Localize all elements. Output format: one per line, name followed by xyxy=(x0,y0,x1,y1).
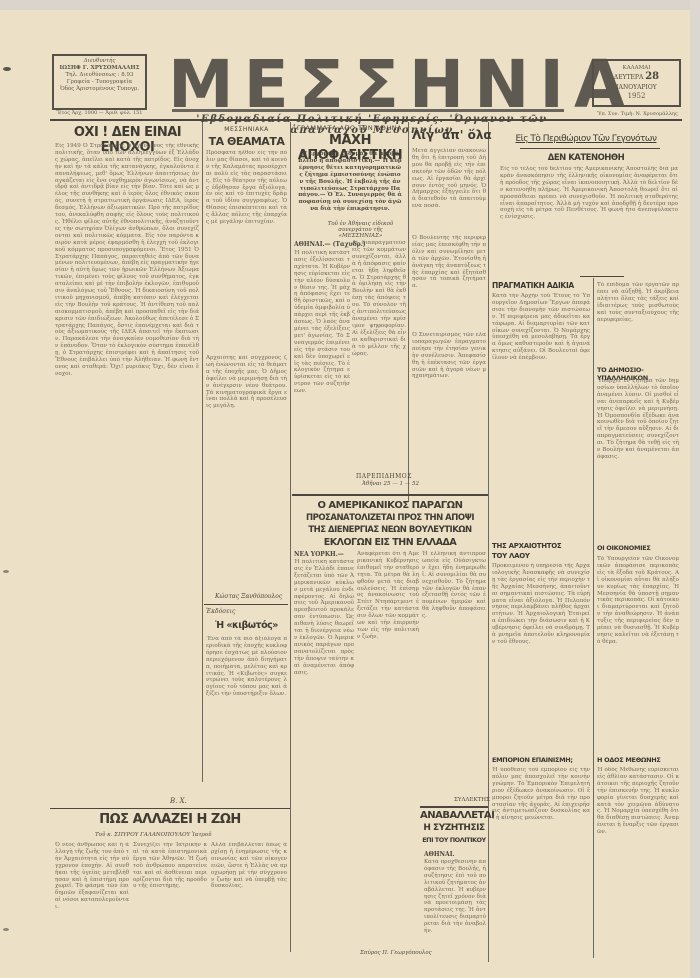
section-rule xyxy=(204,604,288,605)
amerikanikos-dateline: ΝΕΑ ΥΟΡΚΗ.— xyxy=(294,551,344,558)
anavaletai-dateline: ΑΘΗΝΑΙ. xyxy=(424,851,455,858)
masthead-bottom-rule xyxy=(50,119,682,121)
maxi-kicker: ΓΡΑΜΜΑΤΑ ΑΠΟ ΤΗΝ ΑΘΗΝΑ xyxy=(292,124,407,132)
lig-apola-body-3: Ὁ Συνεταιρισμὸς τῶν ἐλαιοπαραγωγῶν ἐπραγ… xyxy=(412,332,486,452)
masthead-title: ΜΕΣΣΗΝΙΑ xyxy=(168,54,568,116)
director-label: Διευθυντής xyxy=(56,58,143,65)
messiniaka-signature: Κώστας Ξανθόπουλος xyxy=(215,593,282,600)
amerikanikos-body-2: Ἀναφέρεται ὅτι ἡ Ἀμερικανικὴ Κυβέρνησις … xyxy=(357,551,419,949)
pragmatiki-body-2: Τὸ ἐπίδομα τῶν ἐργατῶν πρέπει νὰ αὐξηθῇ.… xyxy=(597,282,679,362)
newspaper-page: Διευθυντής ΙΩΣΗΦ Γ. ΧΡΥΣΟΜΑΛΛΗΣ Τηλ. Διε… xyxy=(0,10,690,978)
binding-hole xyxy=(3,928,9,931)
periorismon-body: Εἰς τὸ τέλος τοῦ δελτίου τῆς Ἀμερικανικῆ… xyxy=(500,166,678,271)
maxi-sig-date: Ἀθῆναι 25 — 1 — 52 xyxy=(362,481,419,487)
kivotos-body: Ἕνα ἀπὸ τὰ πιὸ ἀξιόλογα περιοδικὰ τῆς ἐπ… xyxy=(206,636,287,801)
ekdoseis-kicker: Ἐκδόσεις xyxy=(206,608,235,615)
messiniaka-kicker: ΜΕΣΣΗΝΙΑΚΑ xyxy=(204,126,289,133)
maxi-lead: Ἡ ἐρχομένη ἑβδομὰς θὰ ἀποβῇ πλέον ἡ ἀποφ… xyxy=(298,151,402,213)
director-address-2: Ὁδὸς Ἀριστομένους Τυπογρ. xyxy=(56,86,143,93)
amerikanikos-signature: Σπύρος Π. Γεωργόπουλος xyxy=(360,950,432,956)
maxi-source: Τοῦ ἐν Ἀθήναις εἰδικοῦ συνεργάτου τῆς «Μ… xyxy=(318,221,403,239)
headline-anavaletai-2: Η ΣΥΖΗΤΗΣΙΣ xyxy=(420,823,488,833)
headline-arxaiotitos-2: ΤΟΥ ΛΑΟΥ xyxy=(492,552,592,560)
pragmatiki-body-1: Κατὰ τὴν Ἀρχὴν τοῦ Ἔτους τὸ Ὑπουργεῖον Δ… xyxy=(492,293,590,518)
column-rule xyxy=(290,122,291,952)
day-number: 28 xyxy=(645,71,659,82)
day-name: ΔΕΥΤΕΡΑ xyxy=(614,74,643,81)
amerikanikos-body-3: Ἡ ἐλληνικὴ ἀντιπροσωπεία εἰς Οὐάσιγκτων … xyxy=(422,551,486,796)
headline-arxaiotitos-1: ΤΗΣ ΑΡΧΑΙΟΤΗΤΟΣ xyxy=(492,542,592,550)
price-line: Ὑπ. Συν. Τιμὴ: Ν. Χρυσομάλλης xyxy=(590,111,685,118)
oikonomies-body: Τὸ Ὑπουργεῖον τῶν Οἰκονομικῶν ἀπεφάσισε … xyxy=(597,556,679,751)
binding-hole xyxy=(3,67,11,71)
director-name: ΙΩΣΗΦ Γ. ΧΡΥΣΟΜΑΛΛΗΣ xyxy=(56,65,143,72)
column-rule xyxy=(593,278,594,958)
section-rule xyxy=(420,806,488,808)
headline-pos-allazei: ΠΩΣ ΑΛΛΑΖΕΙ Η ΖΩΗ xyxy=(55,812,285,827)
pos-allazei-body-3: Ἀλλὰ ἐπιβάλλεται ὅπως ἀρχίσῃ ἡ ἐνημέρωσι… xyxy=(211,842,287,977)
headline-oikonomies: ΟΙ ΟΙΚΟΝΟΜΙΕΣ xyxy=(597,544,682,552)
masthead-rule xyxy=(172,109,564,112)
maxi-signature: ΠΑΡΕΠΙΔΗΜΟΣ xyxy=(356,473,412,480)
maxi-body-1: Ἡ πολιτικὴ κατάστασις ἐξελίσσεται ταχύτα… xyxy=(294,250,350,482)
headline-amerikanikos-1: Ο ΑΜΕΡΙΚΑΝΙΚΟΣ ΠΑΡΑΓΩΝ xyxy=(292,500,488,511)
anavaletai-body: Κατὰ προχθεσινὴν ἀπόφασιν τῆς Βουλῆς, ἡ … xyxy=(424,859,486,954)
headline-anavaletai-3: ΕΠΙ ΤΟΥ ΠΟΛΙΤΙΚΟΥ xyxy=(420,836,488,844)
date-line: ΔΕΥΤΕΡΑ 28 ΙΑΝΟΥΑΡΙΟΥ xyxy=(594,72,679,93)
column-rule xyxy=(202,122,203,782)
pos-allazei-body-1: Ὁ νέος ἄνθρωπος καὶ ἡ ἀλλαγὴ τῆς ζωῆς το… xyxy=(55,842,129,977)
date-box: ΚΑΛΑΜΑΙ ΔΕΥΤΕΡΑ 28 ΙΑΝΟΥΑΡΙΟΥ 1952 xyxy=(592,59,681,107)
lig-apola-signature: ΣΥΛΛΕΚΤΗΣ xyxy=(454,797,490,803)
lig-apola-body-2: Ὁ Βουλευτὴς τῆς περιφερείας μας ἐπεσκέφθ… xyxy=(412,235,486,325)
scan-right-edge xyxy=(690,0,700,978)
section-rule xyxy=(50,808,290,809)
headline-amerikanikos-2: ΠΡΟΣΑΝΑΤΟΛΙΖΕΤΑΙ ΠΡΟΣ ΤΗΝ ΑΠΟΨΙ xyxy=(292,513,488,523)
headline-pragmatiki-adikia: ΠΡΑΓΜΑΤΙΚΗ ΑΔΙΚΙΑ xyxy=(492,281,592,290)
messiniaka-body-1: Πρόσφατα ἦλθον εἰς τὴν πόλιν μας θίασοι,… xyxy=(206,150,287,350)
dimosio-body: Ὑπάρχει ἓν ζήτημα τῶν δημοσίων ὑπαλλήλων… xyxy=(597,378,679,533)
maxi-body-2: Αἱ διαπραγματεύσεις τῶν κομμάτων συνεχίζ… xyxy=(352,240,406,465)
headline-odos-methonis: Η ΟΔΟΣ ΜΕΘΩΝΗΣ xyxy=(597,756,682,764)
amerikanikos-body-1: Ἡ πολιτικὴ κατάστασις ἐν Ἑλλάδι ἐπανεξετ… xyxy=(294,559,354,949)
headline-amerikanikos-4: ΕΚΛΟΓΩΝ ΕΙΣ ΤΗΝ ΕΛΛΑΔΑ xyxy=(292,537,488,548)
director-address-1: Γραφεία - Τυπογραφεῖα xyxy=(56,79,143,86)
scan-top-edge xyxy=(0,0,700,10)
emporion-body: Ἡ ὑπόθεσις τοῦ ἐμπορίου εἰς τὴν πόλιν μα… xyxy=(492,767,590,957)
month-name: ΙΑΝΟΥΑΡΙΟΥ xyxy=(616,84,656,91)
year: 1952 xyxy=(594,93,679,100)
director-box: Διευθυντής ΙΩΣΗΦ Γ. ΧΡΥΣΟΜΑΛΛΗΣ Τηλ. Διε… xyxy=(52,54,147,110)
headline-anavaletai-1: ΑΝΑΒΑΛΛΕΤΑΙ xyxy=(420,810,488,821)
headline-kivotos: Ἡ «κιβωτός» xyxy=(204,620,289,631)
binding-hole xyxy=(3,570,9,573)
headline-den-katenoithi: ΔΕΝ ΚΑΤΕΝΟΗΘΗ xyxy=(492,153,680,163)
headline-lig-apola: Λίγ' ἀπ' ὅλα xyxy=(412,128,492,142)
section-rule xyxy=(580,276,624,277)
headline-theamata: ΤΑ ΘΕΑΜΑΤΑ xyxy=(204,135,289,148)
pos-allazei-byline: Τοῦ κ. ΣΠΥΡΟΥ ΓΑΛΑΝΟΠΟΥΛΟΥ Ἰατροῦ xyxy=(95,832,211,838)
city-name: ΚΑΛΑΜΑΙ xyxy=(594,65,679,72)
headline-emporion: ΕΜΠΟΡΙΟΝ ΕΠΑΙΝΙΣΜΗ; xyxy=(492,756,592,764)
lig-apola-body-1: Μετὰ ἀγγελίαν ἀνακοινώθη ὅτι ἡ ἐπιτροπὴ … xyxy=(412,148,486,228)
issue-line: Ἔτος Ἀρχ. 1000 — Ἀριθ. φύλ. 151 xyxy=(52,110,147,117)
odos-body: Ἡ ὁδὸς Μεθώνης εὑρίσκεται εἰς ἀθλίαν κατ… xyxy=(597,767,679,957)
headline-amerikanikos-3: ΤΗΣ ΔΙΕΝΕΡΓΙΑΣ ΝΕΩΝ ΒΟΥΛΕΥΤΙΚΩΝ xyxy=(292,525,488,535)
section-rule xyxy=(292,494,488,496)
column-rule xyxy=(408,122,409,502)
messiniaka-body-2: Ἀρχαιότης καὶ σύγχρονος ζωὴ ἐνώνονται εἰ… xyxy=(206,355,287,575)
oxi-body: Εἰς 1949 Ὁ Στρατάρχης, ὁ ἡγούμενος τῆς ἐ… xyxy=(55,143,199,803)
section-rule xyxy=(520,148,660,149)
column-rule xyxy=(488,122,489,962)
oxi-signature: Β. Χ. xyxy=(170,797,187,805)
headline-periorismon: Εἰς Τὸ Περιθώριον Τῶν Γεγονότων xyxy=(492,134,680,144)
director-phone: Τηλ. Διευθύνσεως : 8.93 xyxy=(56,72,143,79)
arxaiotitos-body: Προκειμένου ἡ ὑπηρεσία τῆς Ἀρχαιολογικῆς… xyxy=(492,563,590,758)
pos-allazei-body-2: Συνεχίζει τὴν Ἰατρικὴν καὶ τὰ κατὰ ἐπιστ… xyxy=(133,842,207,977)
